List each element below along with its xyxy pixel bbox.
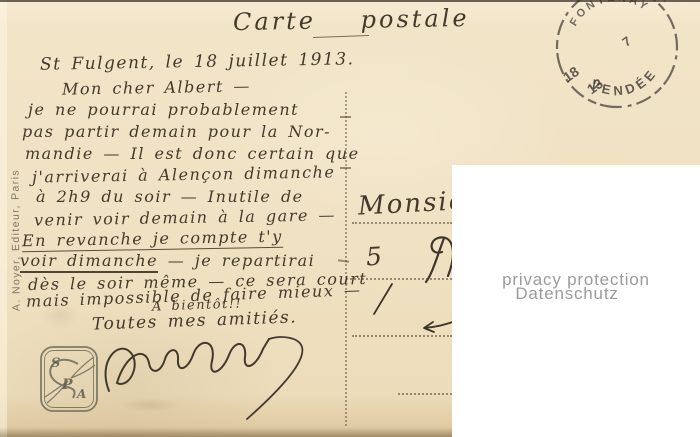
divider-tick [338,259,349,263]
privacy-overlay-text: privacy protection Datenschutz [452,273,700,301]
message-line: j'arriverai à Alençon dimanche [32,164,336,185]
message-segment: mandie — Il est donc certain que [25,144,360,163]
message-line: venir voir demain à la gare — [34,207,336,228]
logo-letter-a: A [76,387,86,401]
postmark-stamp: FONTENAY VENDÉE 7 18 13 [532,0,700,132]
address-rule-line [352,222,452,224]
message-segment: j'arriverai à Alençon dimanche [32,162,336,186]
postmark-day: 18 [560,63,582,85]
signature-flourish [95,327,325,432]
message-segment: Mon cher Albert — [62,76,251,98]
postcard-title: Carte postale [233,4,470,36]
message-line: pas partir demain pour la Nor- [22,124,331,140]
message-segment: pas partir demain pour la Nor- [22,122,331,141]
message-segment: En revanche je compte t'y [22,227,283,253]
title-underline-stroke [313,35,369,38]
paper-smudge [120,398,180,412]
message-segment: — je repartirai [158,251,315,270]
postmark-town-arc: FONTENAY [563,0,653,30]
postmark-month: 7 [619,33,634,49]
message-segment: je ne pourrai probablement [28,100,299,119]
message-line: voir dimanche — je repartirai [20,253,315,269]
divider-tick [340,116,351,118]
divider-tick [340,167,351,169]
message-line: à 2h9 du soir — Inutile de [36,189,304,205]
address-divider-line [345,92,347,426]
svg-text:FONTENAY: FONTENAY [563,0,653,30]
postcard-scan: Carte postale A. Noyer, Editeur, Paris S… [0,0,700,437]
message-line: En revanche je compte t'y [22,229,283,250]
logo-letter-s: S [51,356,60,371]
address-slash-stroke [368,282,396,316]
message-segment: venir voir demain à la gare — [34,205,336,229]
message-segment: voir dimanche [20,251,158,273]
message-line: mandie — Il est donc certain que [25,146,360,162]
privacy-overlay-box: privacy protection Datenschutz [452,165,700,437]
address-rule-line [398,393,452,395]
card-left-edge [0,0,7,437]
message-segment: St Fulgent, le 18 juillet 1913. [40,49,355,74]
card-top-edge [0,0,700,2]
message-line: Mon cher Albert — [62,78,251,97]
spa-logo-stamp: S P A [38,344,100,414]
logo-letter-p: P [61,377,73,393]
privacy-line-de: Datenschutz [443,287,691,301]
address-rule-line [352,335,452,337]
address-house-number: 5 [365,241,383,271]
message-segment: à 2h9 du soir — Inutile de [36,187,304,206]
message-line: je ne pourrai probablement [28,102,299,118]
message-line: St Fulgent, le 18 juillet 1913. [40,51,355,73]
